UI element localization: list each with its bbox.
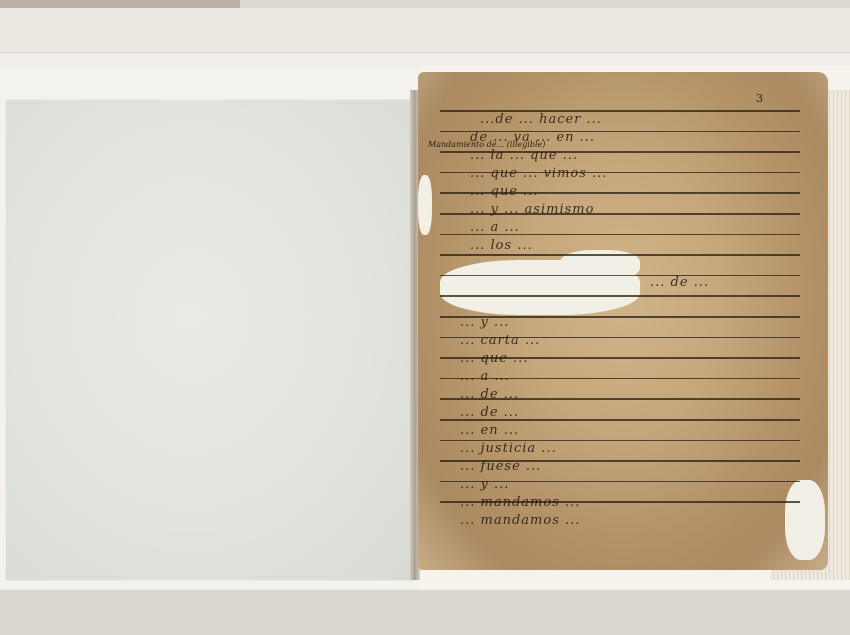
script-line: ... fuese ... <box>460 459 541 474</box>
script-line: ... en ... <box>460 423 519 438</box>
tissue-interleaf <box>6 100 416 580</box>
script-line: ... a ... <box>470 220 520 235</box>
script-line: ...de ... hacer ... <box>480 112 602 127</box>
paper-loss <box>418 175 432 235</box>
script-line: ... de ... <box>460 387 519 402</box>
script-line: ... mandamos ... <box>460 495 580 510</box>
script-line: ... de ... <box>460 405 519 420</box>
script-line: ... y ... <box>460 315 509 330</box>
script-line: ... los ... <box>470 238 533 253</box>
script-line: ... carta ... <box>460 333 540 348</box>
script-line: ... que ... vimos ... <box>470 166 607 181</box>
script-line: ... la ... que ... <box>470 148 578 163</box>
script-line: ... mandamos ... <box>460 513 580 528</box>
script-line: ... justicia ... <box>460 441 557 456</box>
table-edge-light <box>240 0 850 8</box>
script-line: ... de ... <box>650 275 709 290</box>
table-foreground <box>0 590 850 635</box>
script-line: ... que ... <box>470 184 538 199</box>
script-line: ... y ... <box>460 477 509 492</box>
script-line: de ... va ... en ... <box>470 130 595 145</box>
script-line: ... a ... <box>460 369 510 384</box>
script-line: ... que ... <box>460 351 528 366</box>
page-number: 3 <box>756 92 763 105</box>
script-line: ... y ... asimismo <box>470 202 594 217</box>
